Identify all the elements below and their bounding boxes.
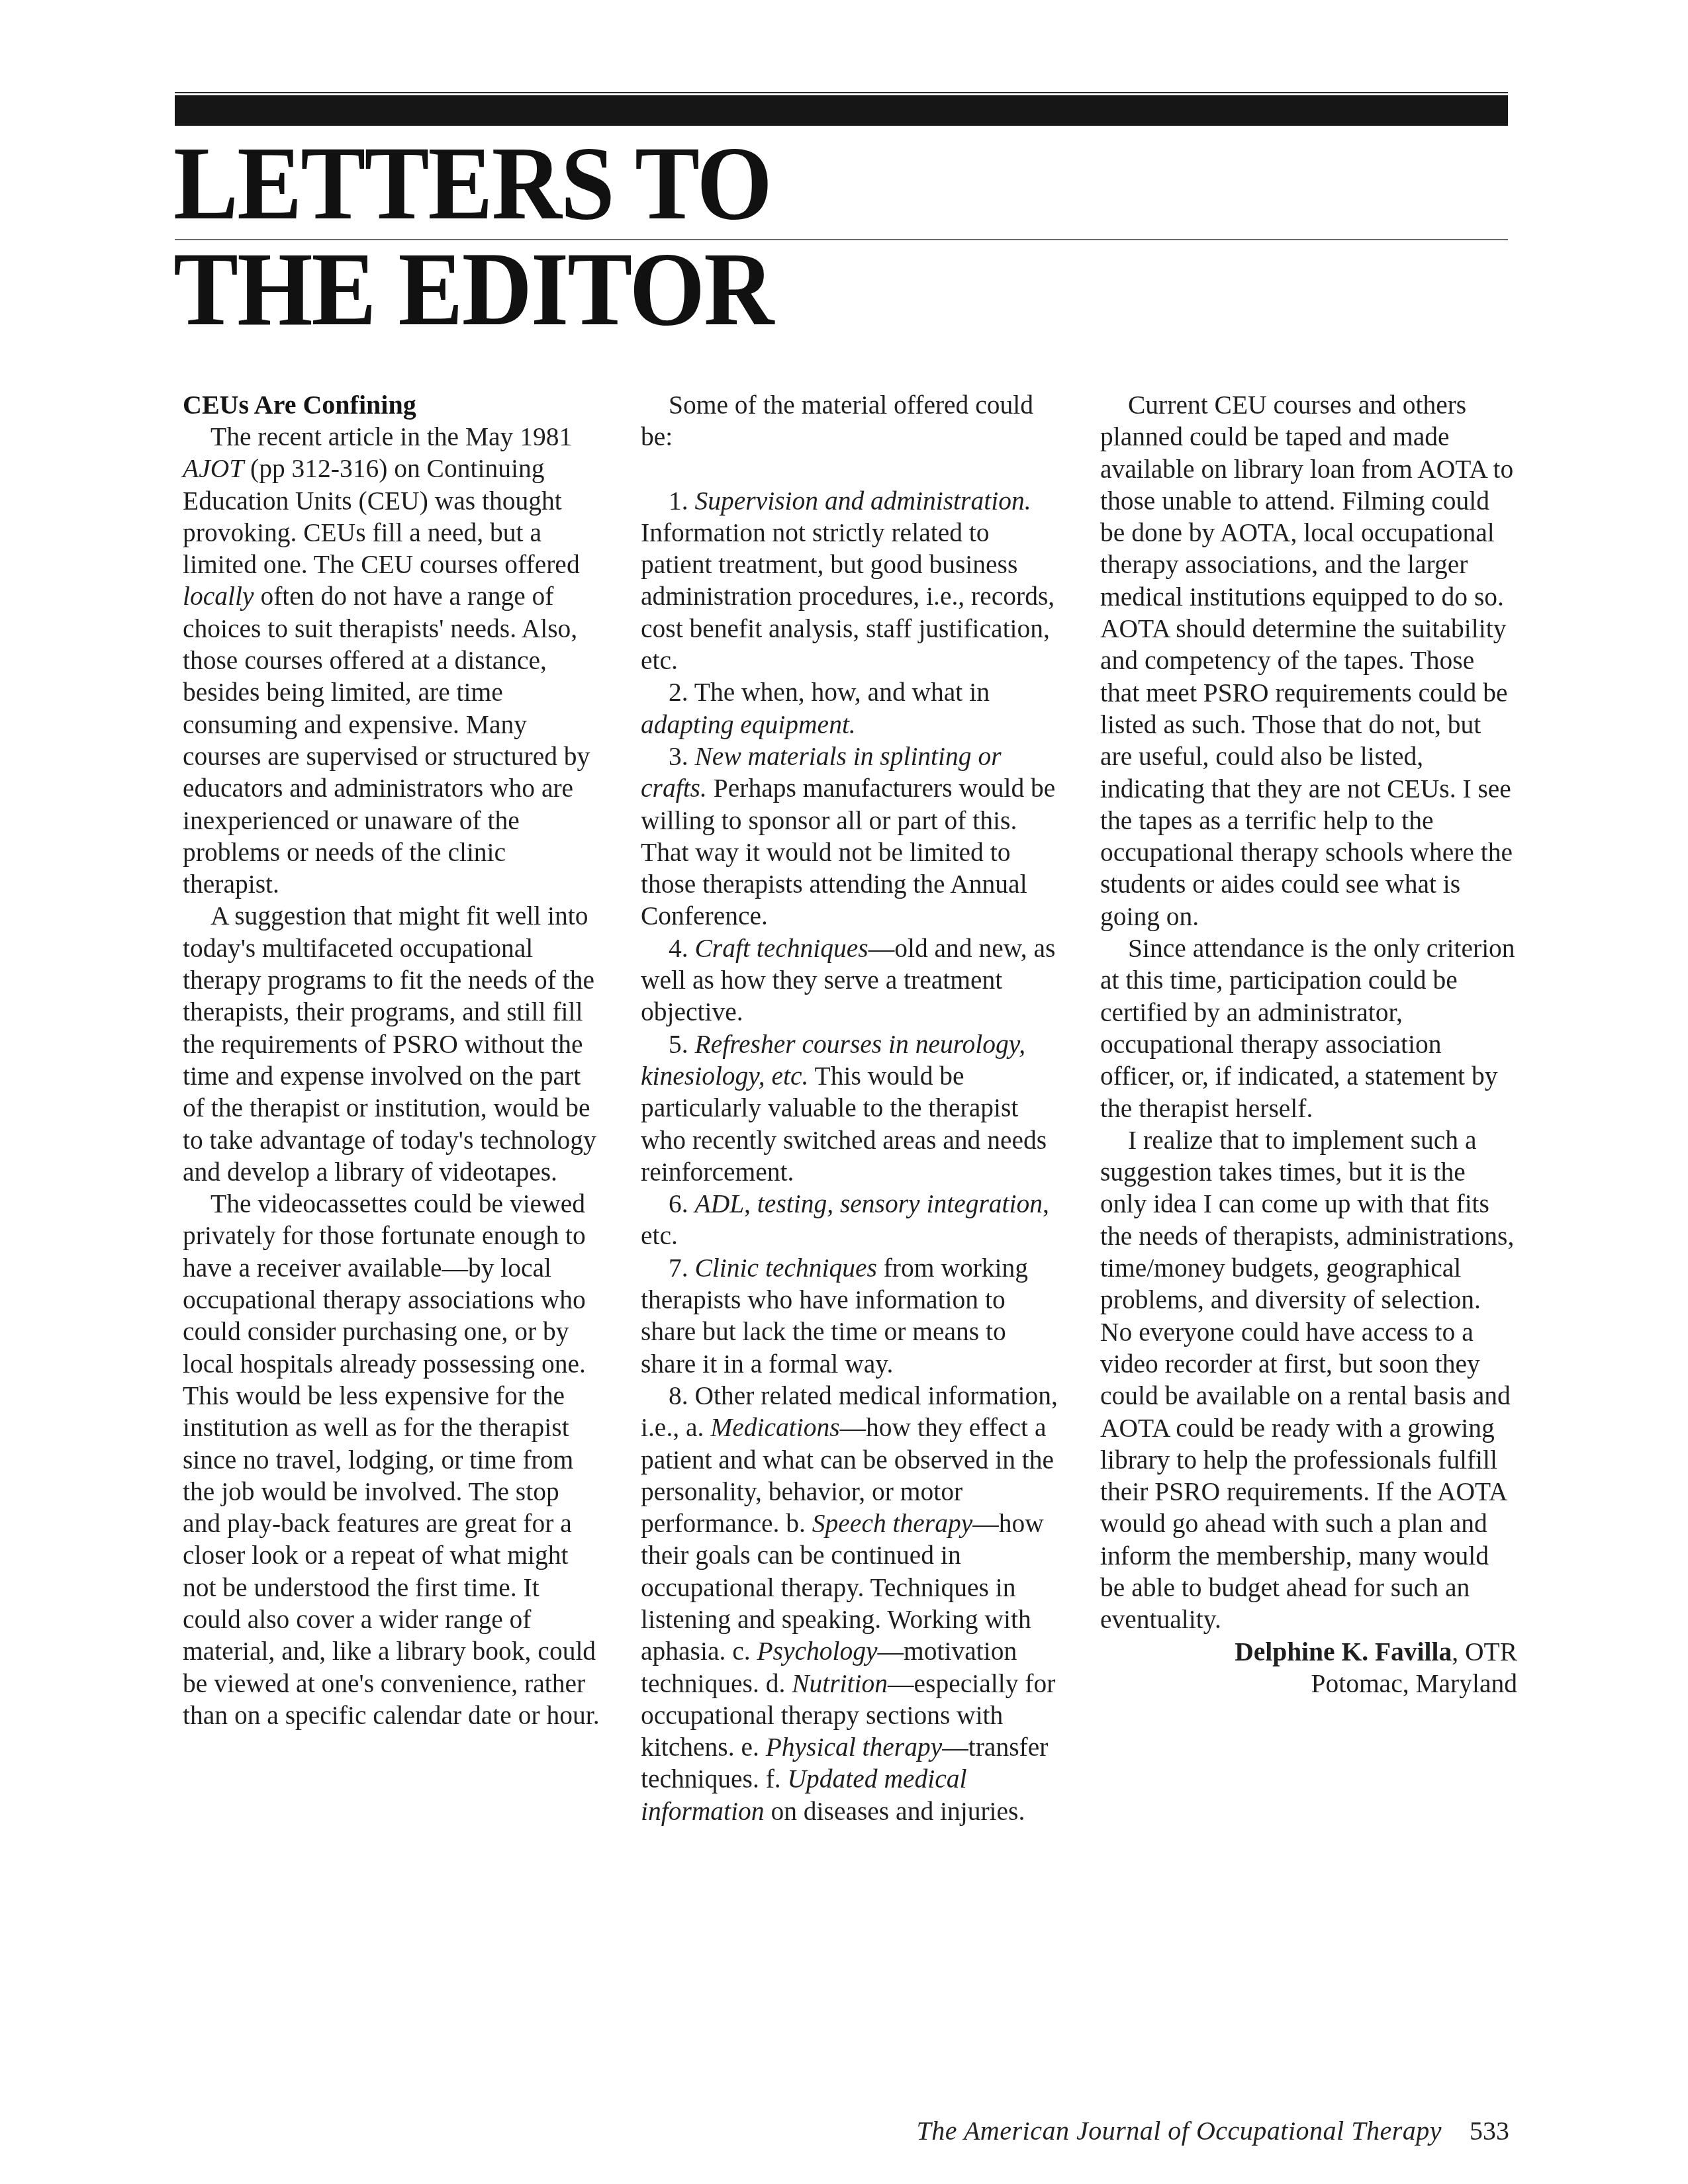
list-item: 2. The when, how, and what in adapting e…	[641, 676, 1058, 741]
list-intro: Some of the material offered could be:	[641, 389, 1058, 453]
journal-name: The American Journal of Occupational The…	[917, 2116, 1442, 2146]
column-2: Some of the material offered could be: 1…	[641, 389, 1058, 1827]
journal-abbrev: AJOT	[183, 454, 244, 483]
list-item: 5. Refresher courses in neurology, kines…	[641, 1028, 1058, 1188]
page-title: LETTERS TO THE EDITOR	[173, 131, 773, 343]
list-item: 8. Other related medical information, i.…	[641, 1380, 1058, 1827]
header-black-bar	[175, 95, 1508, 126]
list-item: 4. Craft techniques—old and new, as well…	[641, 933, 1058, 1028]
author-credential: , OTR	[1452, 1637, 1517, 1666]
list-item: 3. New materials in splinting or crafts.…	[641, 741, 1058, 933]
paragraph: The videocassettes could be viewed priva…	[183, 1188, 600, 1731]
column-3: Current CEU courses and others planned c…	[1100, 389, 1517, 1700]
author-name: Delphine K. Favilla	[1235, 1637, 1452, 1666]
paragraph: Since attendance is the only criterion a…	[1100, 933, 1517, 1124]
title-divider-rule	[175, 239, 1508, 240]
list-item: 6. ADL, testing, sensory integration, et…	[641, 1188, 1058, 1252]
page-footer: The American Journal of Occupational The…	[854, 2115, 1509, 2146]
list-item: 1. Supervision and administration. Infor…	[641, 485, 1058, 677]
paragraph: The recent article in the May 1981 AJOT …	[183, 421, 600, 900]
paragraph: A suggestion that might fit well into to…	[183, 900, 600, 1188]
author-location: Potomac, Maryland	[1100, 1668, 1517, 1700]
top-thin-rule	[175, 92, 1508, 93]
list-item: 7. Clinic techniques from working therap…	[641, 1252, 1058, 1380]
paragraph: I realize that to implement such a sugge…	[1100, 1124, 1517, 1636]
page-number: 533	[1470, 2116, 1509, 2146]
column-1: CEUs Are Confining The recent article in…	[183, 389, 600, 1731]
paragraph: Current CEU courses and others planned c…	[1100, 389, 1517, 933]
title-line-2: THE EDITOR	[173, 237, 773, 343]
title-line-1: LETTERS TO	[173, 131, 773, 237]
letter-headline: CEUs Are Confining	[183, 389, 600, 421]
signature-block: Delphine K. Favilla, OTR	[1100, 1636, 1517, 1668]
